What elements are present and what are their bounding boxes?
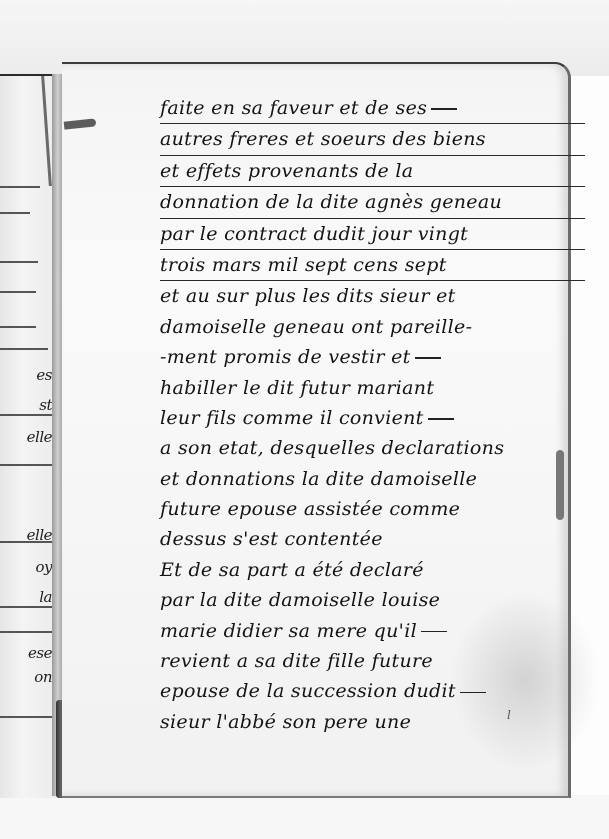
ruled-line bbox=[0, 186, 40, 188]
manuscript-line-text: trois mars mil sept cens sept bbox=[160, 254, 447, 276]
left-fragment-text: on bbox=[34, 668, 52, 686]
manuscript-line: revient a sa dite fille future bbox=[160, 646, 585, 676]
left-page-fragment: es st elle elle oy la ese on bbox=[0, 74, 56, 798]
manuscript-line: Et de sa part a été declaré bbox=[160, 555, 585, 585]
manuscript-line-text: dessus s'est contentée bbox=[160, 528, 383, 550]
manuscript-line: -ment promis de vestir et bbox=[160, 342, 585, 372]
left-fragment-text: ese bbox=[28, 644, 52, 662]
manuscript-line-text: epouse de la succession dudit bbox=[160, 680, 456, 702]
ruled-line bbox=[0, 716, 56, 718]
ruled-line bbox=[0, 212, 30, 214]
manuscript-line: damoiselle geneau ont pareille- bbox=[160, 312, 585, 342]
line-filler-dash bbox=[421, 631, 447, 633]
manuscript-line: trois mars mil sept cens sept bbox=[160, 250, 585, 281]
manuscript-line: par le contract dudit jour vingt bbox=[160, 219, 585, 250]
ruled-line bbox=[0, 606, 56, 608]
manuscript-line-text: a son etat, desquelles declarations bbox=[160, 437, 504, 459]
left-fragment-text: elle bbox=[27, 526, 52, 544]
manuscript-line-text: damoiselle geneau ont pareille- bbox=[160, 316, 472, 338]
left-fragment-text: es bbox=[36, 366, 52, 384]
manuscript-line-text: faite en sa faveur et de ses bbox=[160, 97, 427, 119]
manuscript-line: leur fils comme il convient bbox=[160, 403, 585, 433]
manuscript-line: habiller le dit futur mariant bbox=[160, 373, 585, 403]
ruled-line bbox=[0, 414, 52, 416]
manuscript-line-text: et effets provenants de la bbox=[160, 160, 413, 182]
line-filler-dash bbox=[415, 357, 441, 359]
manuscript-line-text: revient a sa dite fille future bbox=[160, 650, 433, 672]
left-fragment-text: st bbox=[39, 396, 52, 414]
manuscript-line: autres freres et soeurs des biens bbox=[160, 124, 585, 155]
ruled-line bbox=[0, 326, 36, 328]
ruled-line bbox=[0, 291, 36, 293]
manuscript-text-block: faite en sa faveur et de sesautres frere… bbox=[160, 93, 585, 737]
ruled-line bbox=[0, 464, 52, 466]
manuscript-line: par la dite damoiselle louise bbox=[160, 585, 585, 615]
manuscript-line: future epouse assistée comme bbox=[160, 494, 585, 524]
scanner-background-bottom bbox=[0, 795, 609, 839]
manuscript-line-text: par le contract dudit jour vingt bbox=[160, 223, 468, 245]
manuscript-line-text: future epouse assistée comme bbox=[160, 498, 460, 520]
ruled-line bbox=[0, 261, 38, 263]
manuscript-line: a son etat, desquelles declarations bbox=[160, 433, 585, 463]
manuscript-line-text: leur fils comme il convient bbox=[160, 407, 424, 429]
ruled-line bbox=[0, 348, 48, 350]
line-filler-dash bbox=[428, 418, 454, 420]
manuscript-line: marie didier sa mere qu'il bbox=[160, 616, 585, 646]
manuscript-line: epouse de la succession dudit bbox=[160, 676, 585, 706]
manuscript-line-text: donnation de la dite agnès geneau bbox=[160, 191, 502, 213]
manuscript-line-text: autres freres et soeurs des biens bbox=[160, 128, 486, 150]
manuscript-line-text: sieur l'abbé son pere une bbox=[160, 711, 411, 733]
manuscript-line: sieur l'abbé son pere une bbox=[160, 707, 585, 737]
line-filler-dash bbox=[460, 692, 486, 694]
manuscript-line-text: par la dite damoiselle louise bbox=[160, 589, 440, 611]
line-filler-dash bbox=[431, 108, 457, 110]
manuscript-line: faite en sa faveur et de ses bbox=[160, 93, 585, 124]
ruled-line bbox=[0, 631, 56, 633]
manuscript-line: et au sur plus les dits sieur et bbox=[160, 281, 585, 311]
manuscript-line-text: et donnations la dite damoiselle bbox=[160, 468, 477, 490]
margin-mark: l bbox=[507, 708, 511, 722]
left-fragment-text: oy bbox=[35, 558, 52, 576]
manuscript-line-text: et au sur plus les dits sieur et bbox=[160, 285, 456, 307]
manuscript-line: dessus s'est contentée bbox=[160, 524, 585, 554]
manuscript-line: donnation de la dite agnès geneau bbox=[160, 187, 585, 218]
manuscript-line: et effets provenants de la bbox=[160, 156, 585, 187]
manuscript-line-text: habiller le dit futur mariant bbox=[160, 377, 434, 399]
left-fragment-text: la bbox=[39, 588, 52, 606]
manuscript-line-text: marie didier sa mere qu'il bbox=[160, 620, 417, 642]
manuscript-line-text: Et de sa part a été declaré bbox=[160, 559, 424, 581]
manuscript-line: et donnations la dite damoiselle bbox=[160, 464, 585, 494]
manuscript-line-text: -ment promis de vestir et bbox=[160, 346, 411, 368]
left-fragment-text: elle bbox=[27, 428, 52, 446]
